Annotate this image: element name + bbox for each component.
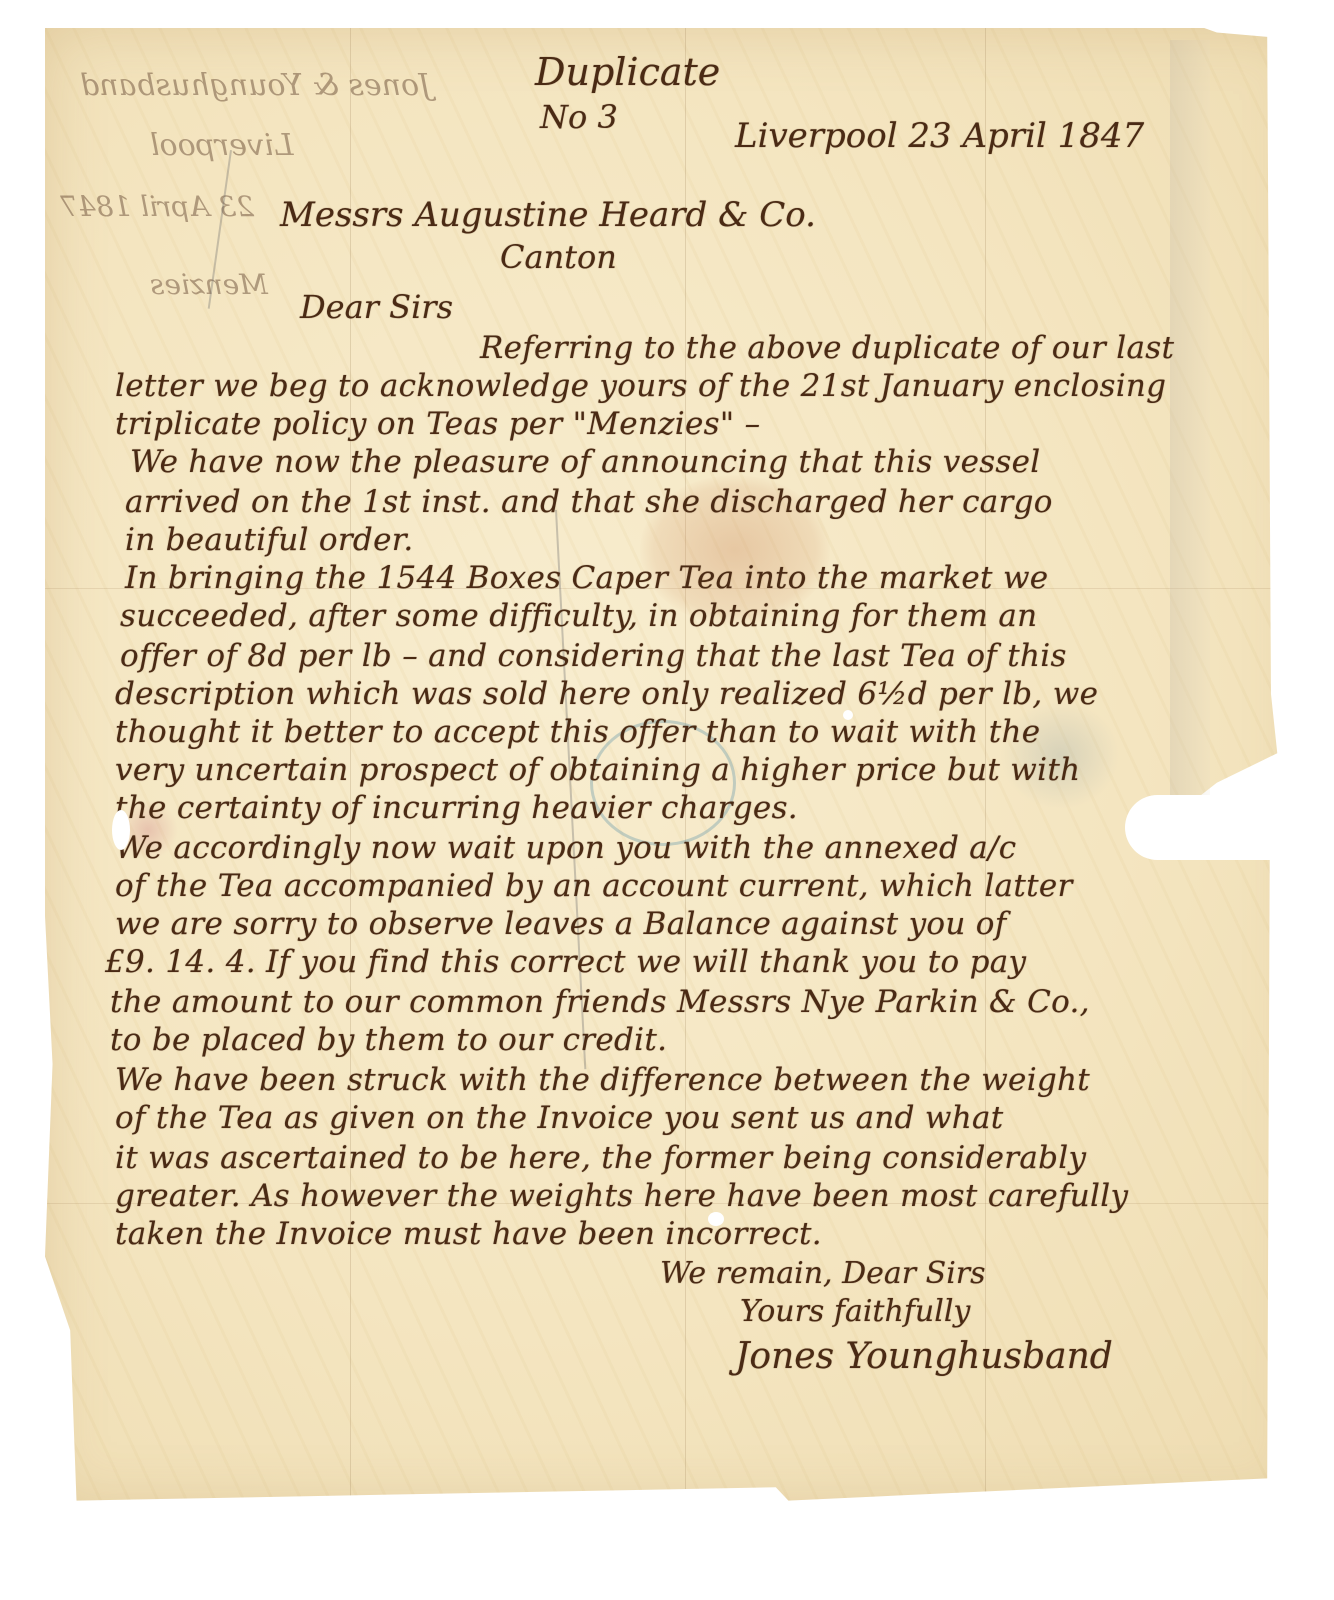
document-heading: Duplicate xyxy=(535,50,720,94)
body-line: to be placed by them to our credit. xyxy=(110,1022,667,1058)
body-line: arrived on the 1st inst. and that she di… xyxy=(125,484,1053,520)
body-line: thought it better to accept this offer t… xyxy=(115,714,1040,750)
body-line: the amount to our common friends Messrs … xyxy=(110,984,1090,1020)
body-line: We accordingly now wait upon you with th… xyxy=(115,830,1016,866)
body-line: greater. As however the weights here hav… xyxy=(115,1178,1128,1214)
body-line: letter we beg to acknowledge yours of th… xyxy=(115,368,1166,404)
copy-number: No 3 xyxy=(540,98,618,136)
salutation: Dear Sirs xyxy=(300,288,453,326)
body-line: We have now the pleasure of announcing t… xyxy=(130,444,1041,480)
closing-line: We remain, Dear Sirs xyxy=(660,1256,986,1291)
paper-hole xyxy=(112,810,130,850)
paper-flap-edge xyxy=(1170,40,1210,800)
body-line: very uncertain prospect of obtaining a h… xyxy=(115,752,1080,788)
paper-hole xyxy=(843,710,853,720)
body-line: of the Tea as given on the Invoice you s… xyxy=(115,1100,1004,1136)
body-line: £9. 14. 4. If you find this correct we w… xyxy=(105,944,1026,980)
body-line: triplicate policy on Teas per "Menzies" … xyxy=(115,406,760,442)
place-and-date: Liverpool 23 April 1847 xyxy=(735,116,1144,156)
body-line: we are sorry to observe leaves a Balance… xyxy=(115,906,1007,942)
body-line: description which was sold here only rea… xyxy=(115,676,1098,712)
paper-tear-hole xyxy=(1125,795,1325,860)
body-line: it was ascertained to be here, the forme… xyxy=(115,1140,1086,1176)
body-line: of the Tea accompanied by an account cur… xyxy=(115,868,1073,904)
body-line: In bringing the 1544 Boxes Caper Tea int… xyxy=(125,560,1048,596)
body-line: Referring to the above duplicate of our … xyxy=(480,330,1174,366)
bleed-through-text: Jones & Younghusband xyxy=(80,68,431,103)
body-line: in beautiful order. xyxy=(125,522,414,558)
addressee: Messrs Augustine Heard & Co. xyxy=(280,195,816,235)
body-line: offer of 8d per lb – and considering tha… xyxy=(120,638,1067,674)
body-line: succeeded, after some difficulty, in obt… xyxy=(120,598,1037,634)
bleed-through-text: Liverpool xyxy=(150,128,293,163)
paper-hole xyxy=(708,1212,724,1226)
addressee-city: Canton xyxy=(500,238,617,276)
closing-line: Yours faithfully xyxy=(740,1294,970,1329)
body-line: the certainty of incurring heavier charg… xyxy=(115,790,798,826)
signature: Jones Younghusband xyxy=(735,1336,1113,1377)
body-line: We have been struck with the difference … xyxy=(115,1062,1090,1098)
